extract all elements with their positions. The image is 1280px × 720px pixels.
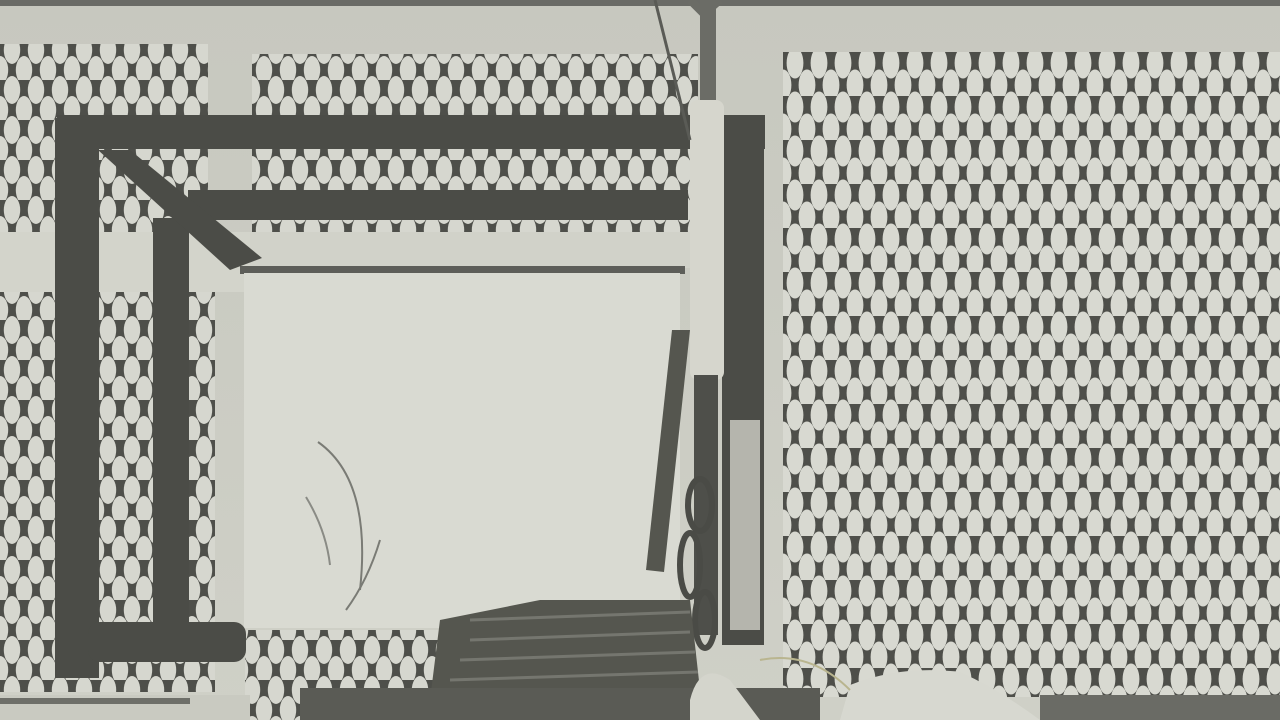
bottom-stairs bbox=[430, 600, 700, 700]
snow-ledge-center bbox=[250, 232, 690, 268]
snowy-grating-photo bbox=[0, 0, 1280, 720]
photo-scene bbox=[0, 0, 1280, 720]
top-edge bbox=[0, 0, 1280, 6]
bottom-rail bbox=[0, 698, 190, 704]
right-grating-panel bbox=[783, 52, 1280, 697]
panel-top-lip bbox=[240, 266, 685, 274]
bottom-right-edge bbox=[1040, 695, 1280, 720]
snow-panel-opening bbox=[244, 273, 680, 628]
vertical-pipe-snow bbox=[690, 100, 724, 380]
snow-on-frame bbox=[730, 420, 760, 630]
